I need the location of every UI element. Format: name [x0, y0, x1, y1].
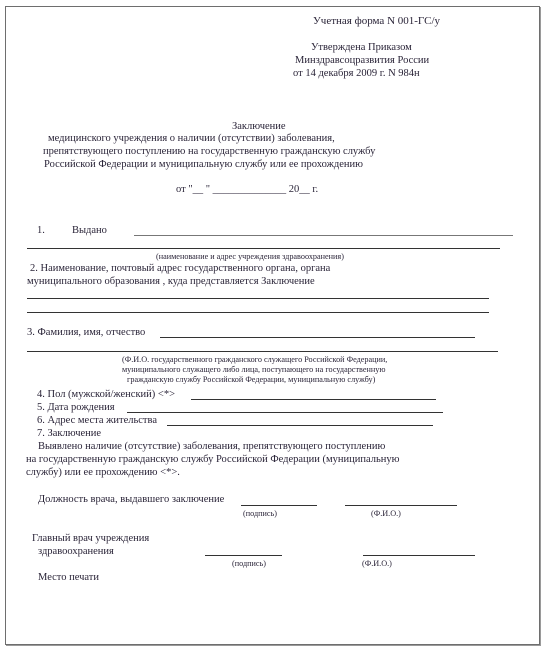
- chief-doctor-label-1: Главный врач учреждения: [32, 533, 149, 545]
- chief-fio-line[interactable]: [363, 555, 475, 556]
- field-3-label: 3. Фамилия, имя, отчество: [27, 327, 145, 339]
- field-5-label: 5. Дата рождения: [37, 402, 115, 414]
- approval-line-3: от 14 декабря 2009 г. N 984н: [293, 68, 420, 80]
- field-2-line-2: муниципального образования , куда предст…: [27, 276, 315, 288]
- field-3-caption-2: муниципального служащего либо лица, пост…: [122, 365, 385, 375]
- date-line: от "__ " ______________ 20__ г.: [176, 184, 318, 196]
- title-line-4: Российской Федерации и муниципальную слу…: [44, 159, 363, 171]
- chief-signature-caption: (подпись): [232, 559, 266, 569]
- field-2-input-line-2[interactable]: [27, 312, 489, 313]
- conclusion-line-1: Выявлено наличие (отсутствие) заболевани…: [38, 441, 385, 453]
- form-number: Учетная форма N 001-ГС/у: [313, 15, 440, 27]
- doctor-fio-caption: (Ф.И.О.): [371, 509, 401, 519]
- approval-line-2: Минздравсоцразвития России: [295, 55, 429, 67]
- field-6-input-line[interactable]: [167, 425, 433, 426]
- field-1-label: Выдано: [72, 225, 107, 237]
- field-2-input-line-1[interactable]: [27, 298, 489, 299]
- field-3-input-line-2[interactable]: [27, 351, 498, 352]
- field-7-label: 7. Заключение: [37, 428, 101, 440]
- doctor-signature-caption: (подпись): [243, 509, 277, 519]
- document-title: Заключение: [232, 121, 286, 133]
- conclusion-line-3: службу) или ее прохождению <*>.: [26, 467, 180, 479]
- stamp-place-label: Место печати: [38, 572, 99, 584]
- field-3-input-line[interactable]: [160, 337, 475, 338]
- field-2-line-1: 2. Наименование, почтовый адрес государс…: [30, 263, 330, 275]
- field-1-number: 1.: [37, 225, 45, 237]
- field-1-input-line[interactable]: [134, 235, 513, 236]
- chief-fio-caption: (Ф.И.О.): [362, 559, 392, 569]
- title-line-3: препятствующего поступлению на государст…: [43, 146, 375, 158]
- field-6-label: 6. Адрес места жительства: [37, 415, 157, 427]
- conclusion-line-2: на государственную гражданскую службу Ро…: [26, 454, 400, 466]
- doctor-position-label: Должность врача, выдавшего заключение: [38, 494, 224, 506]
- field-5-input-line[interactable]: [127, 412, 443, 413]
- chief-doctor-label-2: здравоохранения: [38, 546, 114, 558]
- title-line-2: медицинского учреждения о наличии (отсут…: [48, 133, 335, 145]
- doctor-fio-line[interactable]: [345, 505, 457, 506]
- field-4-input-line[interactable]: [191, 399, 436, 400]
- field-4-label: 4. Пол (мужской/женский) <*>: [37, 389, 175, 401]
- field-1-input-line-2[interactable]: [27, 248, 500, 249]
- chief-signature-line[interactable]: [205, 555, 282, 556]
- approval-line-1: Утверждена Приказом: [311, 42, 412, 54]
- doctor-signature-line[interactable]: [241, 505, 317, 506]
- field-1-caption: (наименование и адрес учреждения здравоо…: [156, 252, 344, 262]
- field-3-caption-1: (Ф.И.О. государственного гражданского сл…: [122, 355, 387, 365]
- field-3-caption-3: гражданскую службу Российской Федерации,…: [127, 375, 375, 385]
